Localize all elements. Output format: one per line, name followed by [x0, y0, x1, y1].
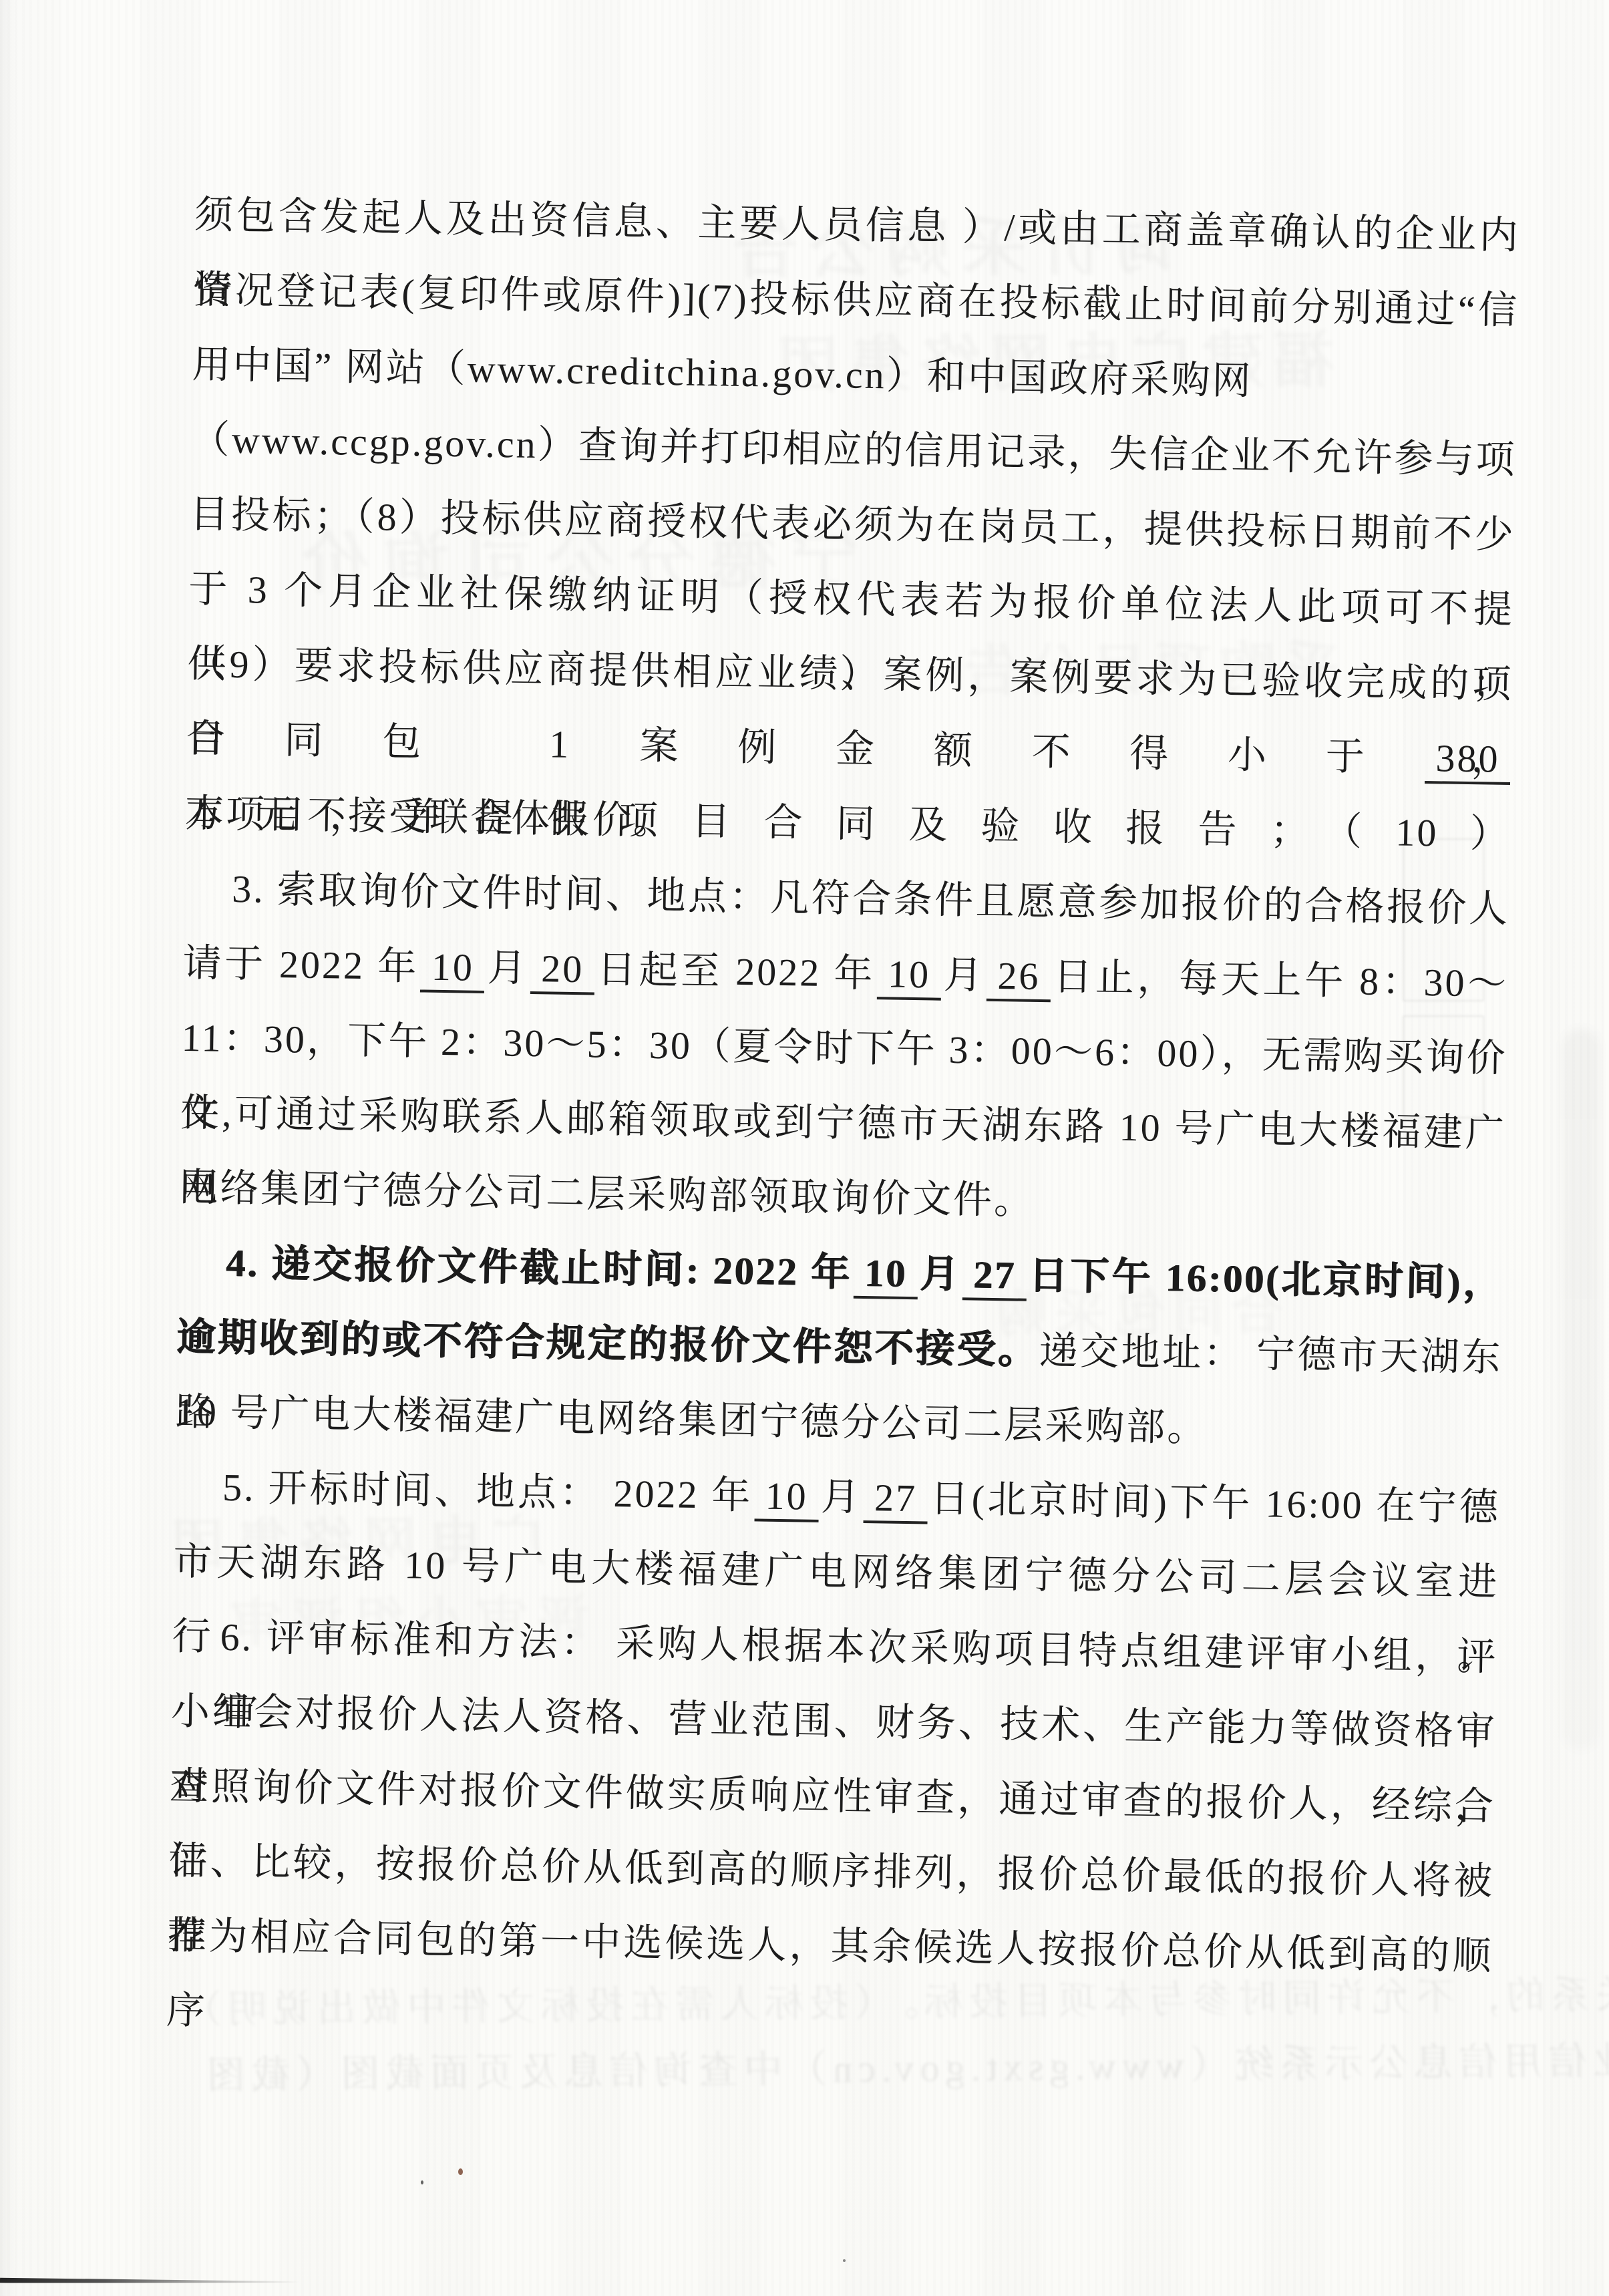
underlined-value: 10 [754, 1474, 819, 1522]
underlined-value: 26 [987, 954, 1051, 1002]
text-segment: 荐为相应合同包的第一中选候选人，其余候选人按报价总价从低到高的顺序 [166, 1914, 1493, 2033]
underlined-value: 10 [420, 945, 485, 993]
text-segment: 日下午 16:00(北京时间)， [1028, 1254, 1504, 1305]
text-segment: 10 号广电大楼福建广电网络集团宁德分公司二层采购部。 [175, 1390, 1208, 1450]
content-block: 须包含发起人及出资信息、主要人员信息 ）/或由工商盖章确认的企业内资情况登记表(… [167, 178, 1521, 1994]
text-segment: 逾期收到的或不符合规定的报价文件恕不接受。 [176, 1315, 1039, 1372]
underlined-value: 380 [1425, 736, 1511, 785]
underlined-value: 27 [864, 1476, 928, 1524]
scan-speck [458, 2168, 463, 2175]
text-segment: 本项目不接受联合体报价。 [185, 792, 675, 842]
text-segment: 目投标；（8）投标供应商授权代表必须为在岗员工，提供投标日期前不少 [190, 492, 1516, 556]
text-segment: 请于 2022 年 [182, 941, 419, 989]
text-segment: 网络集团宁德分公司二层采购部领取询价文件。 [179, 1166, 1035, 1222]
page-edge-shade [0, 0, 17, 2296]
text-segment: 情况登记表(复印件或原件)](7)投标供应商在投标截止时间前分别通过“信 [193, 268, 1519, 332]
text-segment: 月 [919, 1252, 962, 1296]
text-segment: 日起至 2022 年 [596, 948, 876, 996]
scan-speck [421, 2180, 423, 2184]
text-segment: 4. 递交报价文件截止时间: 2022 年 [226, 1241, 853, 1295]
text-segment: 日止，每天上午 8：30～ [1052, 955, 1509, 1005]
scanned-page: 询价采购公告 福建广电网络集团 宁德分公司询价 采购项目公告 广电网络集团 评审… [0, 0, 1609, 2296]
text-segment: （www.ccgp.gov.cn）查询并打印相应的信用记录，失信企业不允许参与项 [190, 418, 1517, 482]
text-segment: 月 [942, 953, 986, 997]
text-segment: 3. 索取询价文件时间、地点：凡符合条件且愿意参加报价的合格报价人 [232, 867, 1510, 931]
underlined-value: 10 [877, 952, 942, 1000]
text-segment: 月 [486, 946, 529, 990]
text-segment: 合同包 1 案例金额不得小于 [186, 717, 1424, 780]
scan-artifact-line [0, 2277, 299, 2285]
text-segment: 月 [820, 1475, 863, 1519]
bleedthrough-text: 企业信用信息公示系统（www.gsxt.gov.cn）中查询信息及页面截图（截图 [200, 2028, 1609, 2100]
underlined-value: 20 [530, 947, 595, 995]
scan-smear [1563, 1029, 1599, 1750]
scan-speck [843, 2259, 846, 2262]
text-segment: 日(北京时间)下午 16:00 在宁德 [929, 1477, 1501, 1529]
underlined-value: 10 [854, 1251, 918, 1299]
text-segment: 用中国” 网站（www.creditchina.gov.cn）和中国政府采购网 [192, 343, 1253, 403]
underlined-value: 27 [962, 1253, 1027, 1301]
text-segment: 5. 开标时间、地点： 2022 年 [222, 1466, 753, 1517]
